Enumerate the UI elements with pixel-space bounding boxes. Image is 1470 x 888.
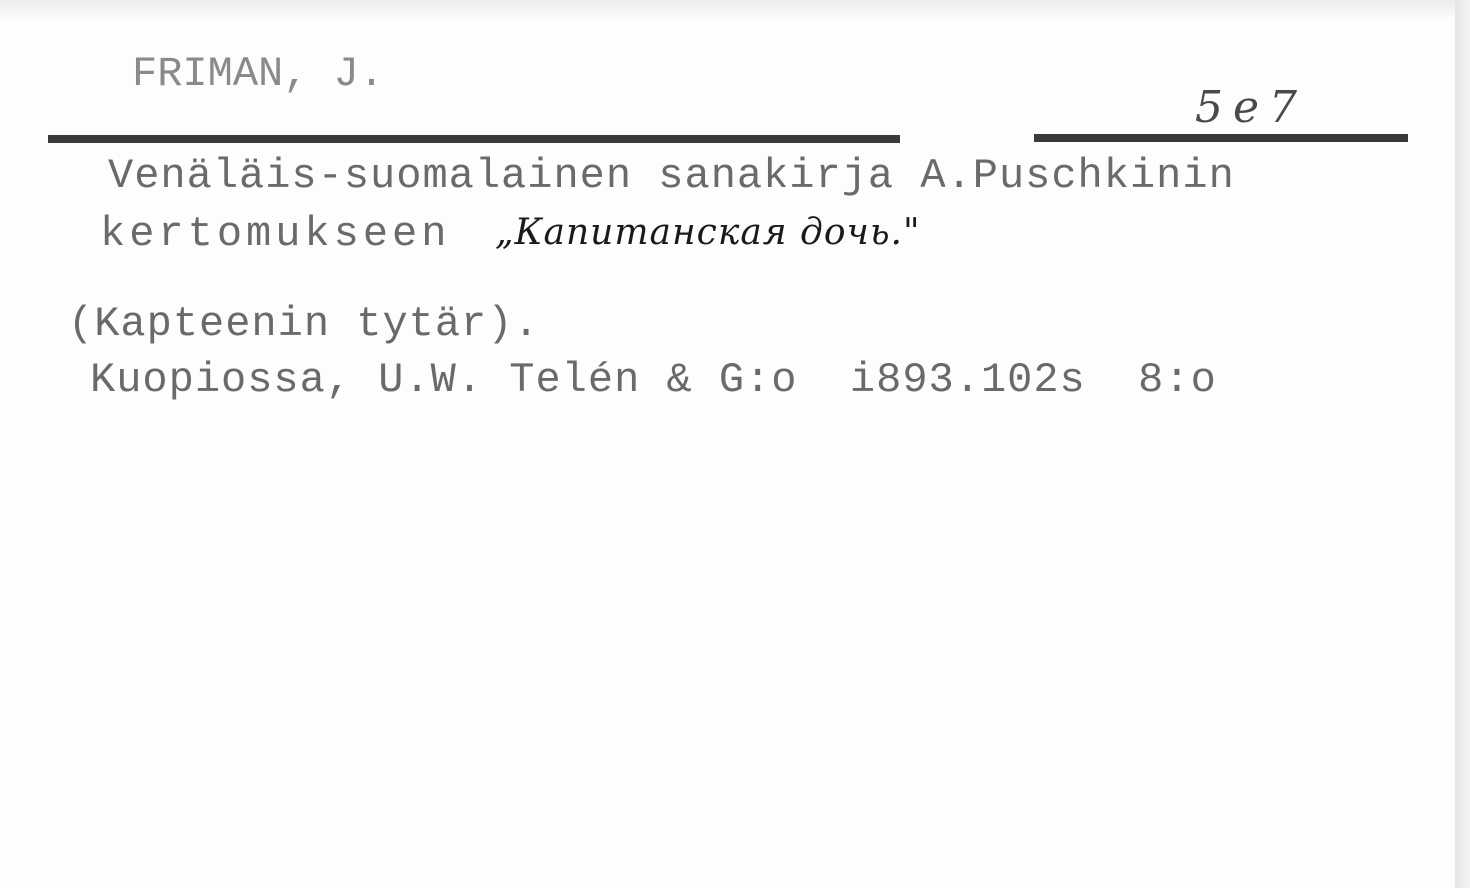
catalog-card: FRIMAN, J. 5e7 Venäläis-suomalainen sana… [0, 0, 1458, 888]
heading-rule-left [48, 135, 900, 143]
shelfmark: 5e7 [1195, 82, 1307, 133]
card-right-edge [1455, 0, 1470, 888]
author-heading: FRIMAN, J. [132, 50, 384, 98]
card-top-edge [0, 0, 1458, 18]
title-line-2: kertomukseen [100, 210, 450, 258]
handwritten-russian-title: „Капитанская дочь." [495, 212, 921, 253]
subtitle-translation: (Kapteenin tytär). [68, 300, 540, 348]
imprint-line: Kuopiossa, U.W. Telén & G:o i893.102s 8:… [90, 356, 1217, 404]
title-line-1: Venäläis-suomalainen sanakirja A.Puschki… [108, 152, 1235, 200]
heading-rule-right [1034, 134, 1408, 142]
